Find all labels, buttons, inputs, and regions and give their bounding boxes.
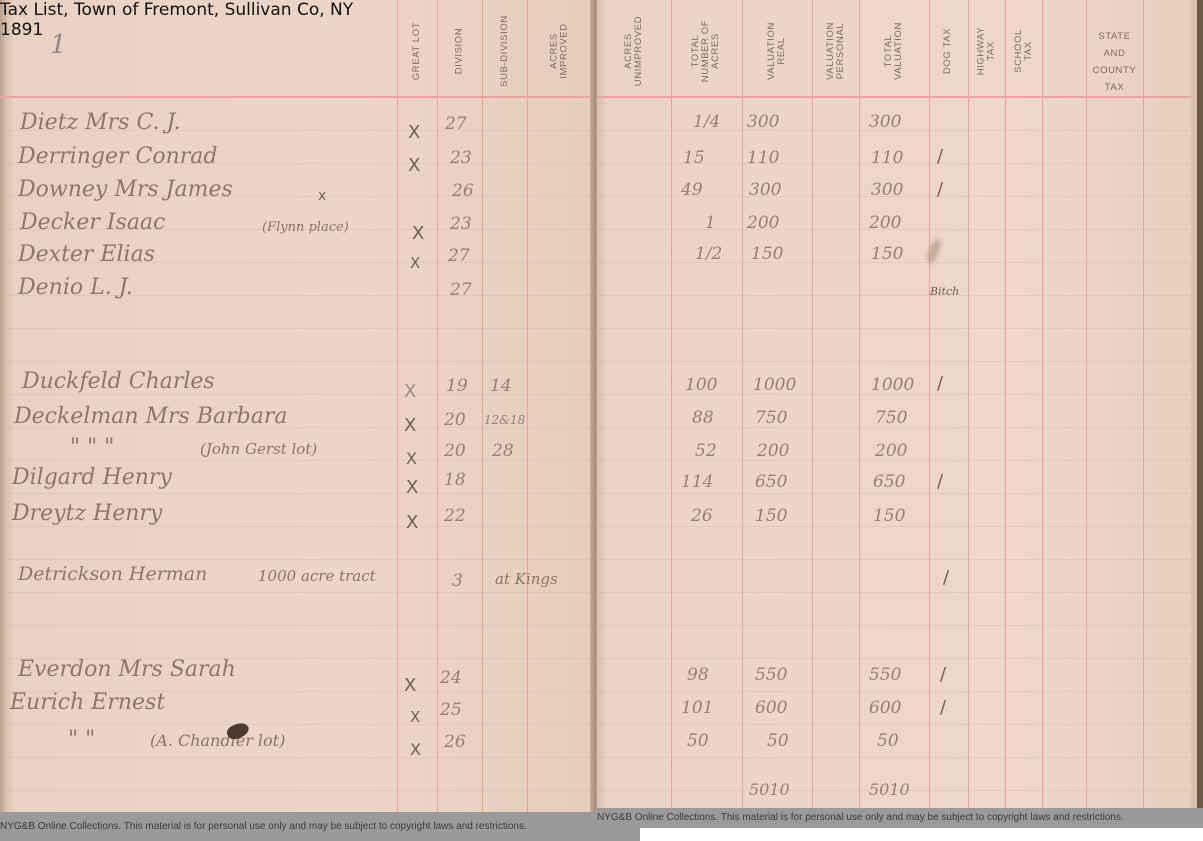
ditto-name: " " [68,727,95,752]
taxpayer-name: Dietz Mrs C. J. [20,110,181,135]
taxpayer-name: Decker Isaac [20,210,165,235]
sub-division-value: 14 [490,376,512,396]
ruled-line [597,658,1197,659]
header-total-valuation: TOTAL VALUATION [859,8,929,94]
great-lot-mark: X [410,708,420,726]
header-great-lot: GREAT LOT [397,8,437,94]
sub-division-value: at Kings [495,570,558,588]
total-valuation-value: 550 [869,665,901,685]
header-division: DIVISION [437,8,482,94]
division-value: 26 [452,181,474,201]
column-rule [1086,0,1087,808]
division-value: 18 [444,470,466,490]
column-rule [482,0,483,812]
ruled-line [0,526,597,527]
total-valuation-value: 650 [873,472,905,492]
downey-note-mark: x [318,188,326,204]
total-acres-value: 101 [681,698,713,718]
dog-tax-mark: / [937,471,943,492]
taxpayer-name: Detrickson Herman [18,563,207,585]
taxpayer-name: Eurich Ernest [10,690,165,715]
valuation-real-value: 650 [755,472,787,492]
valuation-real-value: 1000 [753,375,796,395]
header-dog-tax: DOG TAX [929,8,968,94]
ruled-line [0,724,597,725]
column-rule [929,0,930,808]
ruled-line [0,361,597,362]
column-rule [1143,0,1144,808]
total-valuation-value: 150 [873,506,905,526]
ruled-line [597,493,1197,494]
dog-tax-mark: / [943,567,949,588]
division-value: 24 [440,668,462,688]
header-acres-improved: ACRES IMPROVED [527,8,592,94]
dog-tax-mark: / [937,373,943,394]
taxpayer-note: (John Gerst lot) [200,440,317,458]
division-value: 27 [450,280,472,300]
total-valuation-real: 5010 [749,780,790,799]
ruled-line [0,757,597,758]
header-valuation-personal: VALUATION PERSONAL [812,8,859,94]
total-acres-value: 100 [685,375,717,395]
total-acres-value: 1 [705,213,716,233]
total-acres-value: 88 [692,408,714,428]
valuation-real-value: 600 [755,698,787,718]
ink-smudge [925,237,943,265]
dog-tax-note: Bitch [930,285,959,298]
header-total-acres: TOTAL NUMBER OF ACRES [671,8,742,94]
great-lot-mark: X [404,381,416,402]
dog-tax-mark: / [940,664,946,685]
ruled-line [597,559,1197,560]
taxpayer-name: Denio L. J. [18,275,133,300]
valuation-real-value: 750 [755,408,787,428]
header-highway-tax: HIGHWAY TAX [968,8,1005,94]
division-value: 23 [450,214,472,234]
total-valuation-sum: 5010 [869,780,910,799]
valuation-real-value: 150 [755,506,787,526]
dog-tax-mark: / [937,146,943,167]
ruled-line [0,328,597,329]
valuation-real-value: 300 [749,180,781,200]
great-lot-mark: X [406,477,418,498]
total-valuation-value: 300 [871,180,903,200]
total-acres-value: 114 [681,472,713,492]
column-rule [527,0,528,812]
great-lot-mark: X [410,254,420,272]
taxpayer-name: Dreytz Henry [12,501,162,526]
column-rule [859,0,860,808]
great-lot-mark: X [404,415,416,436]
column-rule [812,0,813,808]
great-lot-mark: X [406,449,417,468]
total-valuation-value: 600 [869,698,901,718]
taxpayer-note: (A. Chandler lot) [150,731,285,750]
column-rule [742,0,743,808]
valuation-real-value: 300 [747,112,779,132]
column-rule [671,0,672,808]
total-valuation-value: 200 [875,441,907,461]
header-rule [597,96,1197,98]
division-value: 20 [444,441,466,461]
ruled-line [597,592,1197,593]
total-valuation-value: 50 [877,731,899,751]
taxpayer-note: (Flynn place) [262,220,349,235]
total-valuation-value: 150 [871,244,903,264]
ruled-line [597,724,1197,725]
valuation-real-value: 150 [751,244,783,264]
ruled-line [597,328,1197,329]
division-value: 25 [440,700,462,720]
ruled-line [0,790,597,791]
sub-division-value: 12&18 [484,413,525,427]
total-acres-value: 49 [681,180,703,200]
ruled-line [597,526,1197,527]
sub-division-value: 28 [492,441,514,461]
taxpayer-name: Downey Mrs James [18,177,233,202]
division-value: 20 [444,410,466,430]
header-rule [0,96,597,98]
total-acres-value: 15 [683,148,705,168]
total-valuation-value: 750 [875,408,907,428]
taxpayer-name: Deckelman Mrs Barbara [14,404,287,429]
copyright-footer-right: NYG&B Online Collections. This material … [597,808,1203,827]
ruled-line [597,295,1197,296]
total-acres-value: 98 [687,665,709,685]
taxpayer-name: Everdon Mrs Sarah [18,657,236,682]
taxpayer-name: Derringer Conrad [18,144,217,169]
column-rule [1042,0,1043,808]
total-acres-value: 52 [695,441,717,461]
division-value: 22 [444,506,466,526]
ledger-right-page: ACRES UNIMPROVED TOTAL NUMBER OF ACRES V… [597,0,1197,808]
division-value: 27 [448,246,470,266]
ruled-line [597,625,1197,626]
dog-tax-mark: / [937,179,943,200]
great-lot-mark: X [406,512,418,533]
document-title: Tax List, Town of Fremont, Sullivan Co, … [0,0,353,40]
column-rule [968,0,969,808]
great-lot-mark: X [408,155,420,176]
ruled-line [0,559,597,560]
division-value: 26 [444,732,466,752]
great-lot-mark: X [408,122,420,143]
division-value: 3 [452,571,463,591]
column-rule [437,0,438,812]
total-valuation-value: 110 [871,148,903,168]
total-acres-value: 26 [691,506,713,526]
page-edge [1191,0,1197,808]
great-lot-mark: X [410,740,421,759]
great-lot-mark: X [404,675,416,696]
valuation-real-value: 550 [755,665,787,685]
ledger-left-page: GREAT LOT DIVISION SUB-DIVISION ACRES IM… [0,0,597,812]
taxpayer-note: 1000 acre tract [258,567,376,585]
header-valuation-real: VALUATION REAL [742,8,812,94]
ruled-line [0,592,597,593]
total-valuation-value: 1000 [871,375,914,395]
taxpayer-name: Dexter Elias [18,242,155,267]
header-school-tax: SCHOOL TAX [1005,8,1042,94]
ruled-line [597,757,1197,758]
division-value: 23 [450,148,472,168]
valuation-real-value: 200 [747,213,779,233]
dog-tax-mark: / [940,697,946,718]
copyright-footer-left: NYG&B Online Collections. This material … [0,812,599,841]
ruled-line [0,625,597,626]
total-acres-value: 1/2 [695,244,722,264]
valuation-real-value: 50 [767,731,789,751]
total-acres-value: 50 [687,731,709,751]
header-state-county-tax: STATE AND COUNTY TAX [1086,28,1143,96]
header-sub-division: SUB-DIVISION [482,8,527,94]
division-value: 19 [446,376,468,396]
taxpayer-name: Duckfeld Charles [22,369,215,394]
ruled-line [597,361,1197,362]
header-acres-unimproved: ACRES UNIMPROVED [597,8,671,94]
ruled-line [0,493,597,494]
valuation-real-value: 110 [747,148,779,168]
valuation-real-value: 200 [757,441,789,461]
total-valuation-value: 200 [869,213,901,233]
column-rule [1005,0,1006,808]
great-lot-mark: X [412,223,424,244]
column-rule [397,0,398,812]
ditto-name: " " " [70,435,114,460]
footer-blank [640,828,1203,841]
total-acres-value: 1/4 [693,112,720,132]
total-valuation-value: 300 [869,112,901,132]
division-value: 27 [445,114,467,134]
ruled-line [597,691,1197,692]
taxpayer-name: Dilgard Henry [12,465,172,490]
